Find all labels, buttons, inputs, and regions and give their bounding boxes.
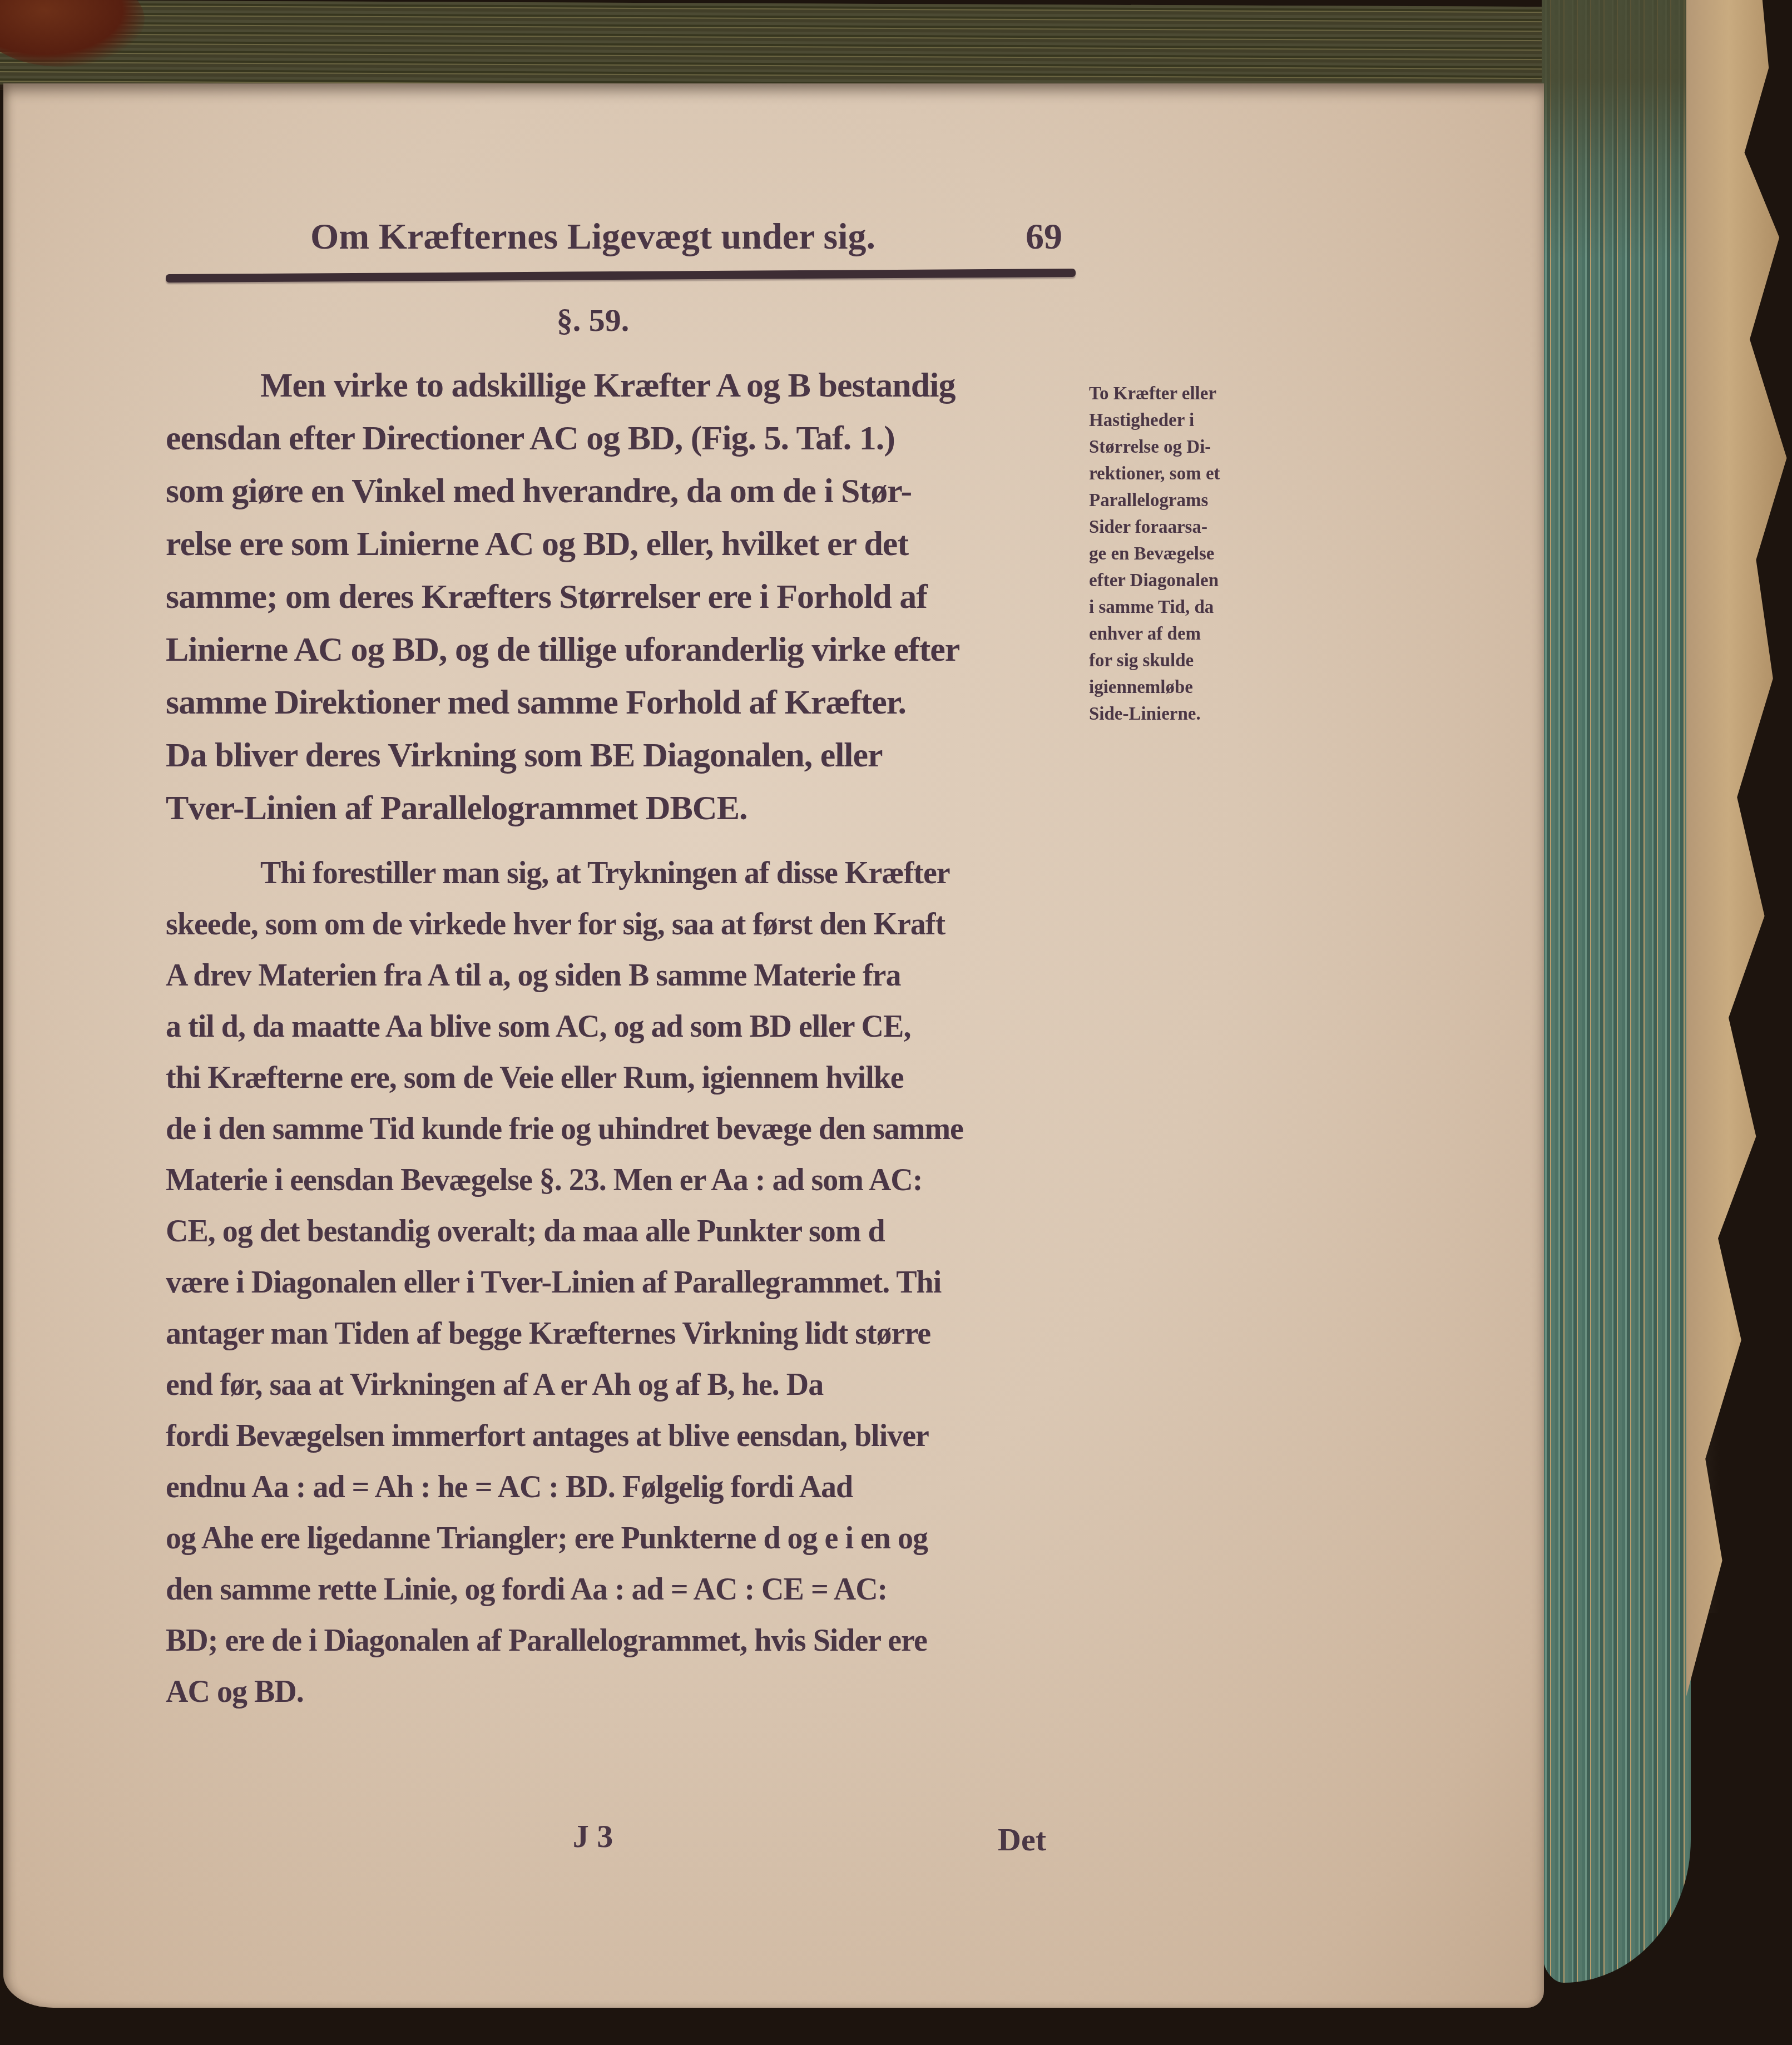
- margin-note-line: enhver af dem: [1089, 624, 1220, 651]
- torn-page-edge: [1686, 0, 1792, 1696]
- text-line: antager man Tiden af begge Kræfternes Vi…: [166, 1316, 963, 1367]
- text-line: CE, og det bestandig overalt; da maa all…: [166, 1214, 963, 1265]
- margin-note: To Kræfter eller Hastigheder i Størrelse…: [1089, 384, 1220, 731]
- text-line: Materie i eensdan Bevægelse §. 23. Men e…: [166, 1162, 963, 1214]
- gathering-signature: J 3: [159, 1818, 1027, 1855]
- page-number: 69: [1026, 216, 1062, 258]
- margin-note-line: To Kræfter eller: [1089, 384, 1220, 410]
- margin-note-line: Sider foraarsa-: [1089, 517, 1220, 544]
- text-line: AC og BD.: [166, 1674, 963, 1725]
- text-line: thi Kræfterne ere, som de Veie eller Rum…: [166, 1060, 963, 1111]
- text-line: og Ahe ere ligedanne Triangler; ere Punk…: [166, 1521, 963, 1572]
- margin-note-line: rektioner, som et: [1089, 464, 1220, 491]
- text-line: a til d, da maatte Aa blive som AC, og a…: [166, 1009, 963, 1060]
- paragraph-2: Thi forestiller man sig, at Trykningen a…: [166, 855, 963, 1725]
- text-line: Linierne AC og BD, og de tillige uforand…: [166, 630, 959, 683]
- margin-note-line: ge en Bevægelse: [1089, 544, 1220, 571]
- margin-note-line: igiennemløbe: [1089, 677, 1220, 704]
- text-line: relse ere som Linierne AC og BD, eller, …: [166, 524, 959, 577]
- text-line: Men virke to adskillige Kræfter A og B b…: [166, 366, 959, 419]
- book-fore-edge: [1542, 0, 1691, 1983]
- catchword: Det: [998, 1821, 1046, 1858]
- text-line: som giøre en Vinkel med hverandre, da om…: [166, 472, 959, 524]
- text-line: end før, saa at Virkningen af A er Ah og…: [166, 1367, 963, 1418]
- header-rule: [166, 269, 1076, 283]
- margin-note-line: Størrelse og Di-: [1089, 437, 1220, 464]
- text-line: Da bliver deres Virkning som BE Diagonal…: [166, 736, 959, 789]
- text-line: samme; om deres Kræfters Størrelser ere …: [166, 577, 959, 630]
- margin-note-line: i samme Tid, da: [1089, 597, 1220, 624]
- section-heading: §. 59.: [159, 301, 1027, 339]
- text-line: Thi forestiller man sig, at Trykningen a…: [166, 855, 963, 907]
- text-line: BD; ere de i Diagonalen af Parallelogram…: [166, 1623, 963, 1674]
- text-line: samme Direktioner med samme Forhold af K…: [166, 683, 959, 736]
- text-line: fordi Bevægelsen immerfort antages at bl…: [166, 1418, 963, 1469]
- book-top-page-edges: [0, 0, 1694, 97]
- text-line: skeede, som om de virkede hver for sig, …: [166, 907, 963, 958]
- text-line: A drev Materien fra A til a, og siden B …: [166, 958, 963, 1009]
- text-line: endnu Aa : ad = Ah : he = AC : BD. Følge…: [166, 1469, 963, 1521]
- margin-note-line: Parallelograms: [1089, 491, 1220, 517]
- book-photo: Om Kræfternes Ligevægt under sig. 69 §. …: [0, 0, 1792, 2045]
- paragraph-1: Men virke to adskillige Kræfter A og B b…: [166, 366, 959, 841]
- margin-note-line: efter Diagonalen: [1089, 571, 1220, 597]
- running-header-title: Om Kræfternes Ligevægt under sig.: [159, 216, 1027, 258]
- text-line: være i Diagonalen eller i Tver-Linien af…: [166, 1265, 963, 1316]
- margin-note-line: Side-Linierne.: [1089, 704, 1220, 731]
- text-line: Tver-Linien af Parallelogrammet DBCE.: [166, 789, 959, 841]
- margin-note-line: for sig skulde: [1089, 651, 1220, 677]
- margin-note-line: Hastigheder i: [1089, 410, 1220, 437]
- text-line: eensdan efter Directioner AC og BD, (Fig…: [166, 419, 959, 472]
- text-line: den samme rette Linie, og fordi Aa : ad …: [166, 1572, 963, 1623]
- page-paper: Om Kræfternes Ligevægt under sig. 69 §. …: [3, 83, 1544, 2008]
- text-line: de i den samme Tid kunde frie og uhindre…: [166, 1111, 963, 1162]
